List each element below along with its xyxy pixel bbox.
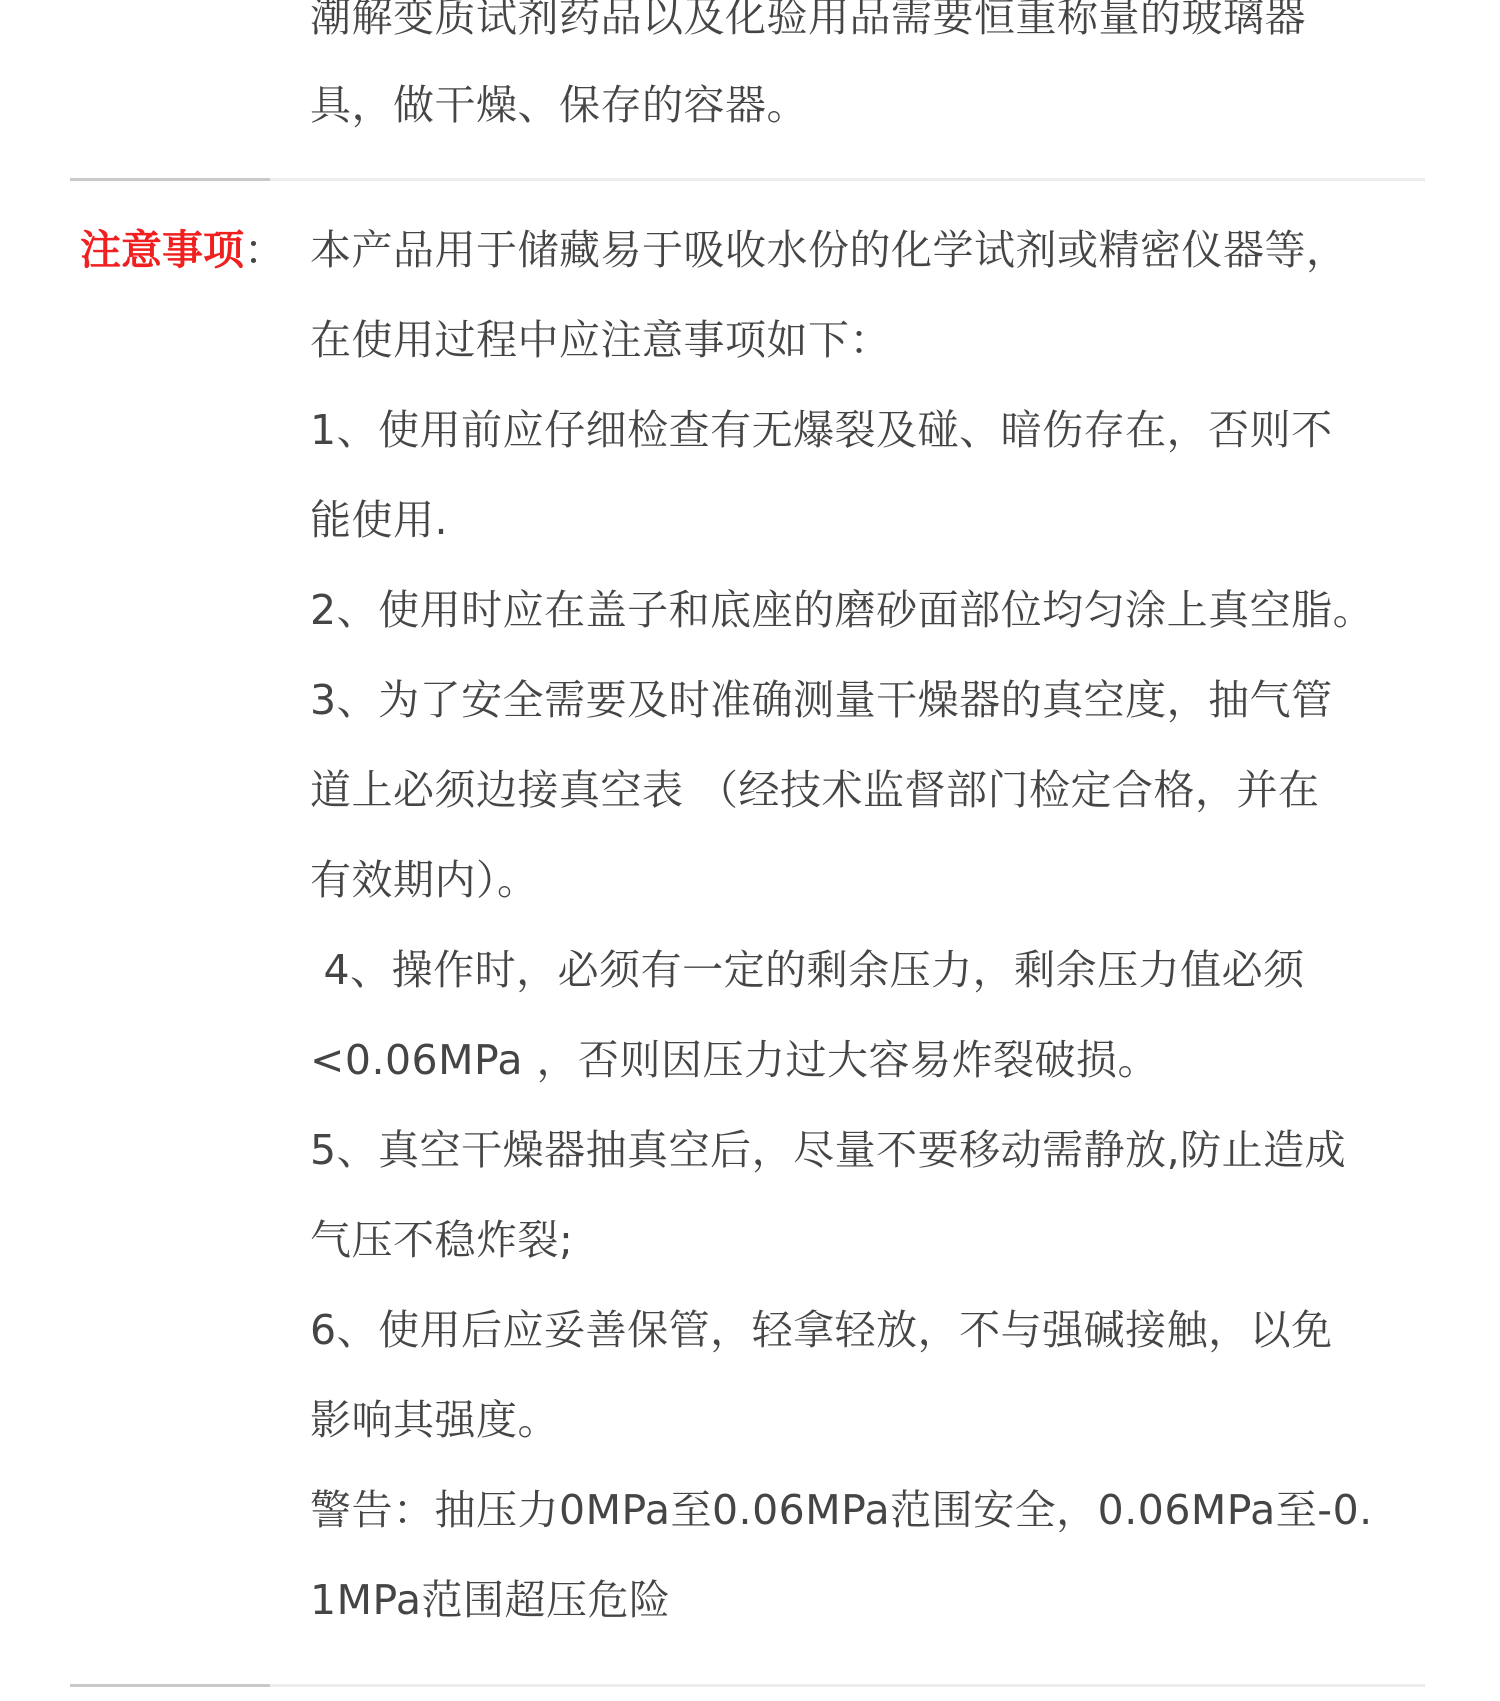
notes-line: 在使用过程中应注意事项如下： [310, 315, 891, 365]
notes-line: 能使用. [310, 495, 448, 545]
notes-line: 本产品用于储藏易于吸收水份的化学试剂或精密仪器等， [310, 225, 1348, 275]
notes-line: 6、使用后应妥善保管，轻拿轻放，不与强碱接触，以免 [310, 1305, 1333, 1355]
notes-label-text: 注意事项 [80, 226, 244, 274]
section-divider-accent [70, 178, 270, 181]
notes-line: 5、真空干燥器抽真空后，尽量不要移动需静放,防止造成 [310, 1125, 1346, 1175]
previous-section-line: 潮解变质试剂药品以及化验用品需要恒重称量的玻璃器 [310, 0, 1306, 42]
notes-line: 4、操作时，必须有一定的剩余压力，剩余压力值必须 [310, 945, 1305, 995]
notes-label-colon: ： [244, 226, 285, 274]
notes-line: 有效期内）。 [310, 855, 539, 905]
notes-line: 道上必须边接真空表 （经技术监督部门检定合格，并在 [310, 765, 1320, 815]
notes-warning-line: 警告：抽压力0MPa至0.06MPa范围安全，0.06MPa至-0. [310, 1485, 1373, 1535]
notes-line: 气压不稳炸裂; [310, 1215, 573, 1265]
notes-line: 2、使用时应在盖子和底座的磨砂面部位均匀涂上真空脂。 [310, 585, 1374, 635]
notes-warning-line: 1MPa范围超压危险 [310, 1575, 670, 1625]
notes-line: 1、使用前应仔细检查有无爆裂及碰、暗伤存在，否则不 [310, 405, 1333, 455]
section-divider [70, 178, 1425, 181]
section-divider [70, 1684, 1425, 1687]
previous-section-line: 具，做干燥、保存的容器。 [310, 80, 808, 130]
notes-line: <0.06MPa ，否则因压力过大容易炸裂破损。 [310, 1035, 1159, 1085]
notes-line: 3、为了安全需要及时准确测量干燥器的真空度，抽气管 [310, 675, 1333, 725]
notes-label: 注意事项： [80, 225, 285, 275]
section-divider-accent [70, 1684, 270, 1687]
notes-line: 影响其强度。 [310, 1395, 559, 1445]
